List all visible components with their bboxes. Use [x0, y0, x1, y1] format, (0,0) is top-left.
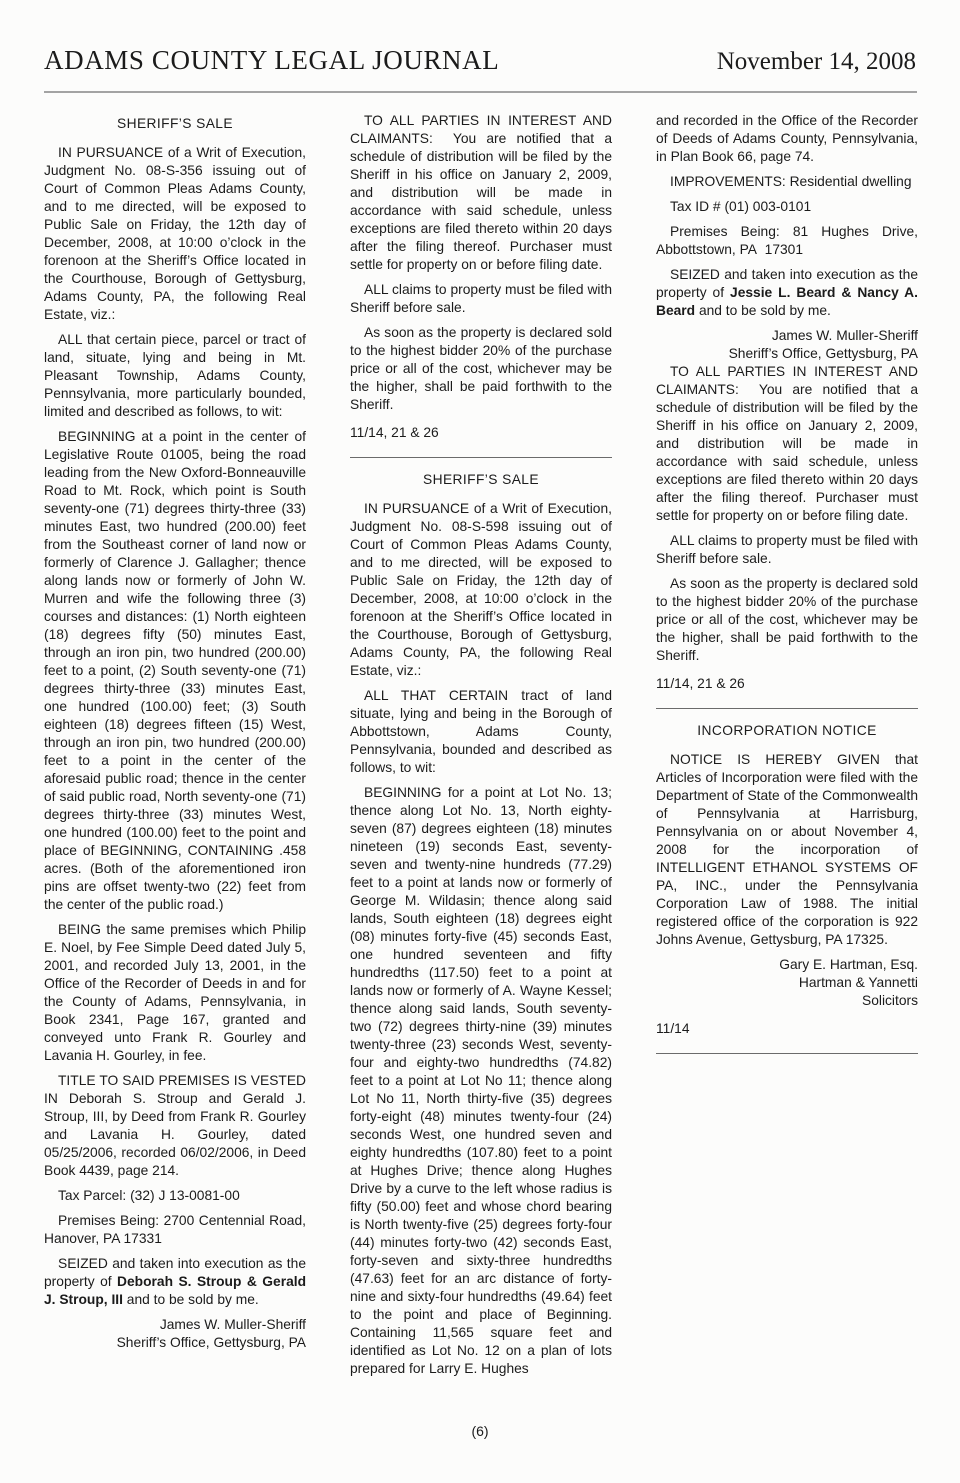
body-paragraph: Premises Being: 81 Hughes Drive, Abbotts… [656, 223, 918, 259]
header-rule [44, 91, 917, 93]
text-segment: Gary E. Hartman, Esq. [779, 957, 918, 972]
text-segment: BEGINNING for a point at Lot No. 13; the… [350, 785, 612, 1376]
notice-heading: SHERIFF’S SALE [44, 115, 306, 133]
body-paragraph: ALL claims to property must be filed wit… [656, 532, 918, 568]
body-paragraph: BEING the same premises which Philip E. … [44, 921, 306, 1065]
text-segment: ALL THAT CERTAIN tract of land situate, … [350, 688, 612, 775]
body-paragraph: TITLE TO SAID PREMISES IS VESTED IN Debo… [44, 1072, 306, 1180]
body-paragraph: BEGINNING for a point at Lot No. 13; the… [350, 784, 612, 1378]
text-segment: and recorded in the Office of the Record… [656, 113, 918, 164]
text-segment: and to be sold by me. [123, 1292, 259, 1307]
text-segment: NOTICE IS HEREBY GIVEN that Articles of … [656, 752, 918, 947]
signature-line: Sheriff’s Office, Gettysburg, PA [44, 1334, 306, 1352]
notice-heading: SHERIFF’S SALE [350, 471, 612, 489]
body-paragraph: ALL claims to property must be filed wit… [350, 281, 612, 317]
text-segment: SHERIFF’S SALE [423, 472, 539, 487]
page-header: ADAMS COUNTY LEGAL JOURNAL November 14, … [44, 45, 916, 76]
text-segment: TITLE TO SAID PREMISES IS VESTED IN Debo… [44, 1073, 306, 1178]
text-segment: 11/14 [656, 1021, 690, 1036]
body-paragraph: TO ALL PARTIES IN INTEREST AND CLAIMANTS… [350, 112, 612, 274]
signature-line: Sheriff’s Office, Gettysburg, PA [656, 345, 918, 363]
body-paragraph: Tax Parcel: (32) J 13-0081-00 [44, 1187, 306, 1205]
issue-date: November 14, 2008 [717, 48, 916, 76]
body-paragraph: Premises Being: 2700 Centennial Road, Ha… [44, 1212, 306, 1248]
text-segment: TO ALL PARTIES IN INTEREST AND CLAIMANTS… [350, 113, 612, 272]
text-segment: Sheriff’s Office, Gettysburg, PA [729, 346, 918, 361]
signature-line: Gary E. Hartman, Esq. [656, 956, 918, 974]
notice-heading: INCORPORATION NOTICE [656, 722, 918, 740]
column-2: TO ALL PARTIES IN INTEREST AND CLAIMANTS… [350, 112, 612, 1385]
signature-line: James W. Muller-Sheriff [656, 327, 918, 345]
body-paragraph: SEIZED and taken into execution as the p… [44, 1255, 306, 1309]
publication-dates: 11/14, 21 & 26 [656, 675, 918, 693]
body-paragraph: ALL that certain piece, parcel or tract … [44, 331, 306, 421]
signature-line: James W. Muller-Sheriff [44, 1316, 306, 1334]
body-paragraph: Tax ID # (01) 003-0101 [656, 198, 918, 216]
text-segment: Solicitors [862, 993, 918, 1008]
text-segment: Tax ID # (01) 003-0101 [670, 199, 811, 214]
text-segment: Tax Parcel: (32) J 13-0081-00 [58, 1188, 240, 1203]
text-segment: IMPROVEMENTS: Residential dwelling [670, 174, 912, 189]
body-paragraph: IMPROVEMENTS: Residential dwelling [656, 173, 918, 191]
text-segment: ALL claims to property must be filed wit… [656, 533, 918, 566]
text-segment: As soon as the property is declared sold… [350, 325, 612, 412]
body-paragraph: IN PURSUANCE of a Writ of Execution, Jud… [350, 500, 612, 680]
text-segment: ALL claims to property must be filed wit… [350, 282, 612, 315]
body-paragraph: TO ALL PARTIES IN INTEREST AND CLAIMANTS… [656, 363, 918, 525]
text-segment: 11/14, 21 & 26 [350, 425, 439, 440]
column-1: SHERIFF’S SALEIN PURSUANCE of a Writ of … [44, 112, 306, 1385]
body-paragraph: ALL THAT CERTAIN tract of land situate, … [350, 687, 612, 777]
text-segment: IN PURSUANCE of a Writ of Execution, Jud… [44, 145, 306, 322]
notice-divider [350, 457, 612, 458]
body-paragraph: IN PURSUANCE of a Writ of Execution, Jud… [44, 144, 306, 324]
body-paragraph: SEIZED and taken into execution as the p… [656, 266, 918, 320]
publication-dates: 11/14, 21 & 26 [350, 424, 612, 442]
text-segment: INCORPORATION NOTICE [697, 723, 876, 738]
notice-divider [656, 1053, 918, 1054]
text-segment: As soon as the property is declared sold… [656, 576, 918, 663]
journal-title: ADAMS COUNTY LEGAL JOURNAL [44, 45, 499, 76]
text-segment: 11/14, 21 & 26 [656, 676, 745, 691]
text-segment: SHERIFF’S SALE [117, 116, 233, 131]
body-paragraph: NOTICE IS HEREBY GIVEN that Articles of … [656, 751, 918, 949]
text-segment: Premises Being: 81 Hughes Drive, Abbotts… [656, 224, 918, 257]
text-segment: TO ALL PARTIES IN INTEREST AND CLAIMANTS… [656, 364, 918, 523]
text-segment: James W. Muller-Sheriff [772, 328, 918, 343]
notice-divider [656, 708, 918, 709]
signature-line: Hartman & Yannetti [656, 974, 918, 992]
notice-columns: SHERIFF’S SALEIN PURSUANCE of a Writ of … [44, 112, 917, 1385]
journal-page: ADAMS COUNTY LEGAL JOURNAL November 14, … [0, 0, 960, 1483]
text-segment: James W. Muller-Sheriff [160, 1317, 306, 1332]
text-segment: BEING the same premises which Philip E. … [44, 922, 306, 1063]
text-segment: and to be sold by me. [695, 303, 831, 318]
body-paragraph: As soon as the property is declared sold… [350, 324, 612, 414]
column-3: and recorded in the Office of the Record… [656, 112, 918, 1385]
body-paragraph: BEGINNING at a point in the center of Le… [44, 428, 306, 914]
text-segment: BEGINNING at a point in the center of Le… [44, 429, 306, 912]
text-segment: Premises Being: 2700 Centennial Road, Ha… [44, 1213, 306, 1246]
text-segment: Sheriff’s Office, Gettysburg, PA [117, 1335, 306, 1350]
signature-line: Solicitors [656, 992, 918, 1010]
text-segment: ALL that certain piece, parcel or tract … [44, 332, 306, 419]
text-segment: Hartman & Yannetti [799, 975, 918, 990]
text-segment: IN PURSUANCE of a Writ of Execution, Jud… [350, 501, 612, 678]
body-paragraph: and recorded in the Office of the Record… [656, 112, 918, 166]
publication-dates: 11/14 [656, 1020, 918, 1038]
page-number: (6) [0, 1423, 960, 1439]
body-paragraph: As soon as the property is declared sold… [656, 575, 918, 665]
